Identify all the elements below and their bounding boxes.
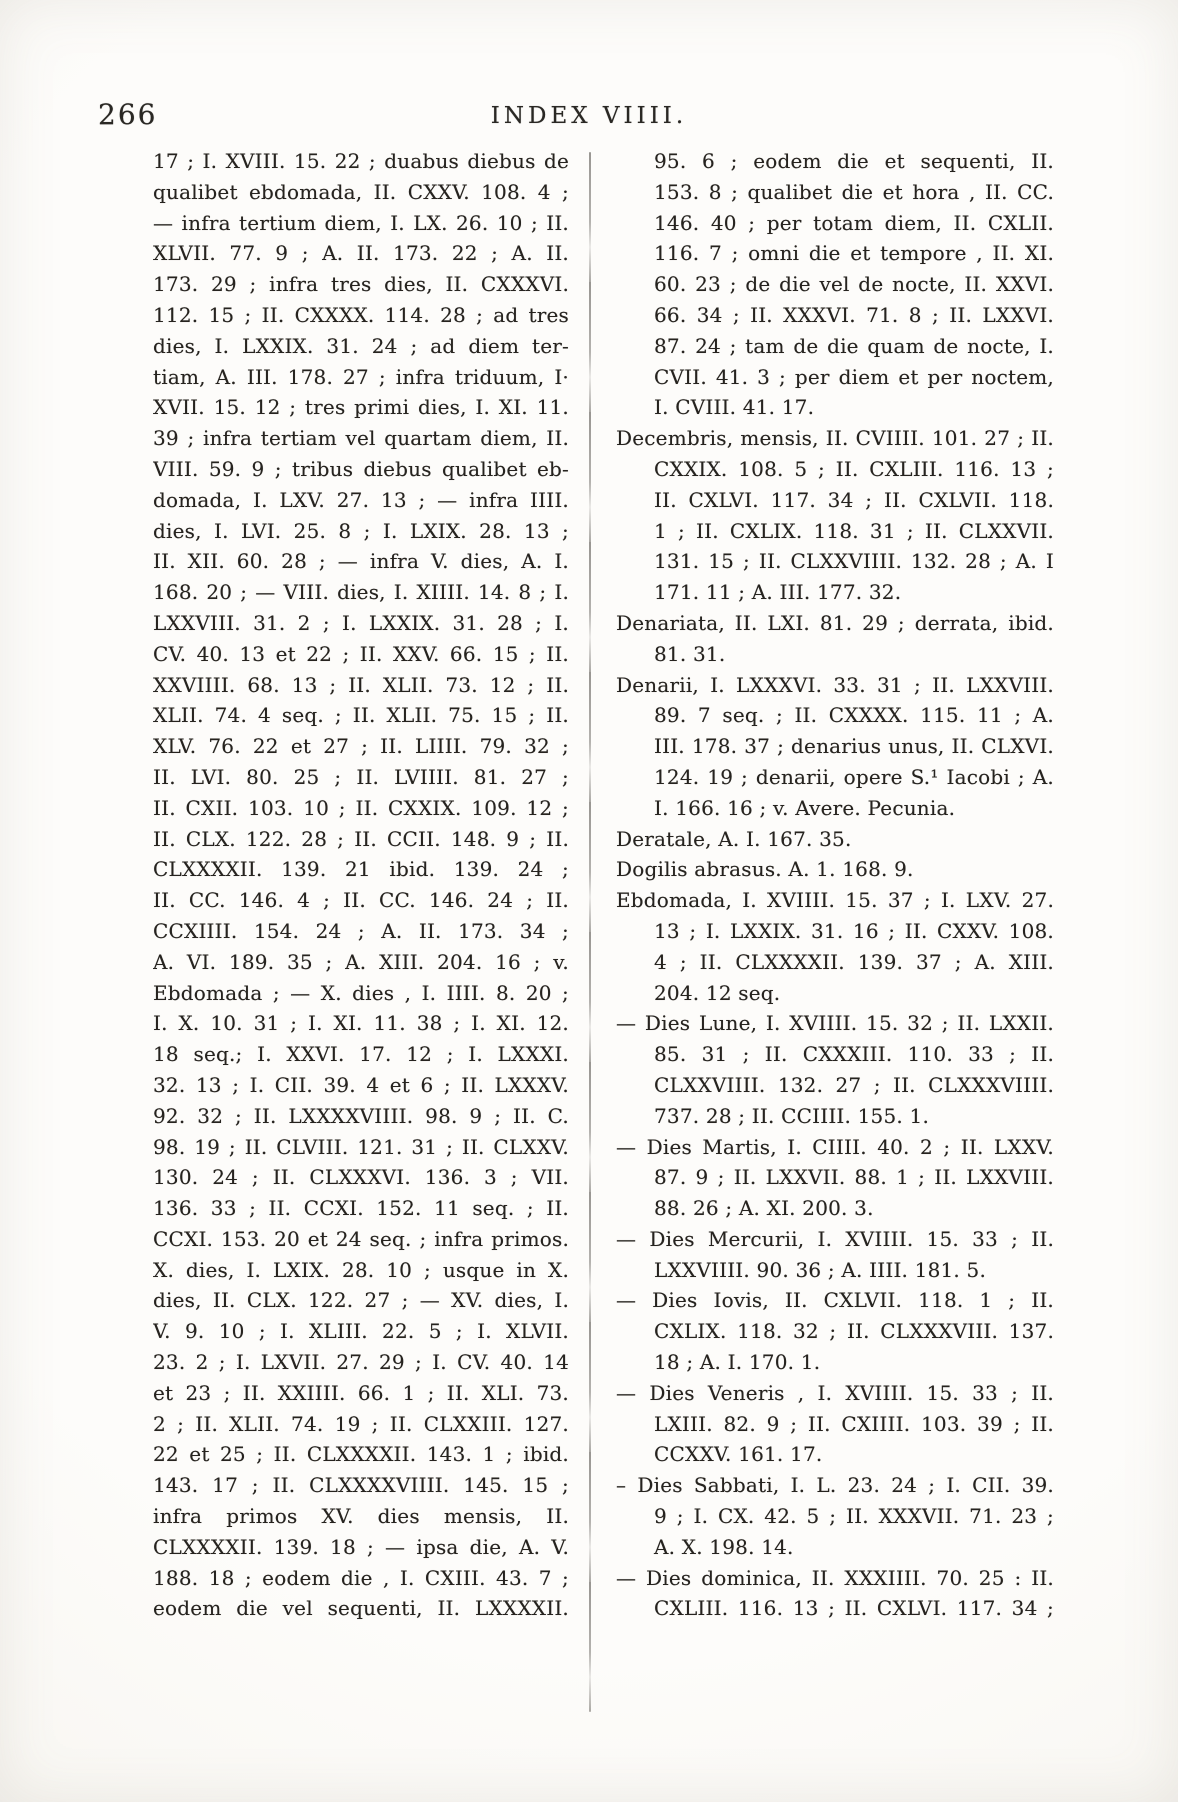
index-line: 18 seq.; I. XXVI. 17. 12 ; I. LXXXI. bbox=[153, 1039, 569, 1070]
index-line: I. 166. 16 ; v. Avere. Pecunia. bbox=[616, 793, 1054, 824]
index-line: 23. 2 ; I. LXVII. 27. 29 ; I. CV. 40. 14 bbox=[153, 1347, 569, 1378]
index-line: 146. 40 ; per totam diem, II. CXLII. bbox=[616, 208, 1054, 239]
index-line: CV. 40. 13 et 22 ; II. XXV. 66. 15 ; II. bbox=[153, 639, 569, 670]
index-line: 124. 19 ; denarii, opere S.¹ Iacobi ; A. bbox=[616, 762, 1054, 793]
index-line: XVII. 15. 12 ; tres primi dies, I. XI. 1… bbox=[153, 392, 569, 423]
index-line: CXXIX. 108. 5 ; II. CXLIII. 116. 13 ; bbox=[616, 454, 1054, 485]
index-line: dies, I. LVI. 25. 8 ; I. LXIX. 28. 13 ; bbox=[153, 516, 569, 547]
index-line: qualibet ebdomada, II. CXXV. 108. 4 ; bbox=[153, 177, 569, 208]
index-line: A. VI. 189. 35 ; A. XIII. 204. 16 ; v. bbox=[153, 947, 569, 978]
index-line: CLXXVIIII. 132. 27 ; II. CLXXXVIIII. bbox=[616, 1070, 1054, 1101]
index-line: — infra tertium diem, I. LX. 26. 10 ; II… bbox=[153, 208, 569, 239]
index-line: et 23 ; II. XXIIII. 66. 1 ; II. XLI. 73. bbox=[153, 1378, 569, 1409]
index-line: 9 ; I. CX. 42. 5 ; II. XXXVII. 71. 23 ; bbox=[616, 1501, 1054, 1532]
index-line: 171. 11 ; A. III. 177. 32. bbox=[616, 577, 1054, 608]
index-line: CCXXV. 161. 17. bbox=[616, 1439, 1054, 1470]
index-line: 188. 18 ; eodem die , I. CXIII. 43. 7 ; bbox=[153, 1563, 569, 1594]
index-line: 737. 28 ; II. CCIIII. 155. 1. bbox=[616, 1101, 1054, 1132]
index-line: domada, I. LXV. 27. 13 ; — infra IIII. bbox=[153, 485, 569, 516]
index-line: CCXI. 153. 20 et 24 seq. ; infra primos. bbox=[153, 1224, 569, 1255]
index-line: 89. 7 seq. ; II. CXXXX. 115. 11 ; A. bbox=[616, 700, 1054, 731]
index-line: — Dies Mercurii, I. XVIIII. 15. 33 ; II. bbox=[616, 1224, 1054, 1255]
index-line: 143. 17 ; II. CLXXXXVIIII. 145. 15 ; bbox=[153, 1470, 569, 1501]
index-line: II. XII. 60. 28 ; — infra V. dies, A. I. bbox=[153, 546, 569, 577]
index-line: infra primos XV. dies mensis, II. bbox=[153, 1501, 569, 1532]
index-line: — Dies Martis, I. CIIII. 40. 2 ; II. LXX… bbox=[616, 1132, 1054, 1163]
index-line: 17 ; I. XVIII. 15. 22 ; duabus diebus de bbox=[153, 146, 569, 177]
index-line: V. 9. 10 ; I. XLIII. 22. 5 ; I. XLVII. bbox=[153, 1316, 569, 1347]
index-line: CCXIIII. 154. 24 ; A. II. 173. 34 ; bbox=[153, 916, 569, 947]
index-line: X. dies, I. LXIX. 28. 10 ; usque in X. bbox=[153, 1255, 569, 1286]
index-line: dies, I. LXXIX. 31. 24 ; ad diem ter- bbox=[153, 331, 569, 362]
index-line: Denarii, I. LXXXVI. 33. 31 ; II. LXXVIII… bbox=[616, 670, 1054, 701]
index-line: CLXXXXII. 139. 18 ; — ipsa die, A. V. bbox=[153, 1532, 569, 1563]
index-line: – Dies Sabbati, I. L. 23. 24 ; I. CII. 3… bbox=[616, 1470, 1054, 1501]
index-line: 88. 26 ; A. XI. 200. 3. bbox=[616, 1193, 1054, 1224]
index-line: 87. 24 ; tam de die quam de nocte, I. bbox=[616, 331, 1054, 362]
index-line: I. CVIII. 41. 17. bbox=[616, 392, 1054, 423]
index-line: 39 ; infra tertiam vel quartam diem, II. bbox=[153, 423, 569, 454]
index-line: 87. 9 ; II. LXXVII. 88. 1 ; II. LXXVIII. bbox=[616, 1162, 1054, 1193]
index-line: dies, II. CLX. 122. 27 ; — XV. dies, I. bbox=[153, 1285, 569, 1316]
index-line: A. X. 198. 14. bbox=[616, 1532, 1054, 1563]
column-left: 17 ; I. XVIII. 15. 22 ; duabus diebus de… bbox=[153, 146, 569, 1624]
index-line: Ebdomada, I. XVIIII. 15. 37 ; I. LXV. 27… bbox=[616, 885, 1054, 916]
index-line: — Dies dominica, II. XXXIIII. 70. 25 : I… bbox=[616, 1563, 1054, 1594]
index-line: — Dies Lune, I. XVIIII. 15. 32 ; II. LXX… bbox=[616, 1008, 1054, 1039]
index-line: 32. 13 ; I. CII. 39. 4 et 6 ; II. LXXXV. bbox=[153, 1070, 569, 1101]
index-line: Decembris, mensis, II. CVIIII. 101. 27 ;… bbox=[616, 423, 1054, 454]
index-line: 60. 23 ; de die vel de nocte, II. XXVI. bbox=[616, 269, 1054, 300]
index-line: I. X. 10. 31 ; I. XI. 11. 38 ; I. XI. 12… bbox=[153, 1008, 569, 1039]
index-line: LXXVIIII. 90. 36 ; A. IIII. 181. 5. bbox=[616, 1255, 1054, 1286]
index-line: 136. 33 ; II. CCXI. 152. 11 seq. ; II. bbox=[153, 1193, 569, 1224]
index-line: Denariata, II. LXI. 81. 29 ; derrata, ib… bbox=[616, 608, 1054, 639]
index-line: III. 178. 37 ; denarius unus, II. CLXVI. bbox=[616, 731, 1054, 762]
index-line: 66. 34 ; II. XXXVI. 71. 8 ; II. LXXVI. bbox=[616, 300, 1054, 331]
index-line: XXVIIII. 68. 13 ; II. XLII. 73. 12 ; II. bbox=[153, 670, 569, 701]
index-line: 1 ; II. CXLIX. 118. 31 ; II. CLXXVII. bbox=[616, 516, 1054, 547]
index-line: 112. 15 ; II. CXXXX. 114. 28 ; ad tres bbox=[153, 300, 569, 331]
index-line: II. CLX. 122. 28 ; II. CCII. 148. 9 ; II… bbox=[153, 824, 569, 855]
index-line: 18 ; A. I. 170. 1. bbox=[616, 1347, 1054, 1378]
index-line: II. CC. 146. 4 ; II. CC. 146. 24 ; II. bbox=[153, 885, 569, 916]
index-line: — Dies Veneris , I. XVIIII. 15. 33 ; II. bbox=[616, 1378, 1054, 1409]
index-line: XLVII. 77. 9 ; A. II. 173. 22 ; A. II. bbox=[153, 238, 569, 269]
index-line: tiam, A. III. 178. 27 ; infra triduum, I… bbox=[153, 362, 569, 393]
column-right: 95. 6 ; eodem die et sequenti, II. CCXI.… bbox=[616, 146, 1054, 1624]
index-line: 92. 32 ; II. LXXXXVIIII. 98. 9 ; II. C. bbox=[153, 1101, 569, 1132]
index-line: CXLIII. 116. 13 ; II. CXLVI. 117. 34 ; bbox=[616, 1593, 1054, 1624]
book-page: 266 INDEX VIIII. 17 ; I. XVIII. 15. 22 ;… bbox=[0, 0, 1178, 1802]
index-line: 153. 8 ; qualibet die et hora , II. CC. bbox=[616, 177, 1054, 208]
index-line: 81. 31. bbox=[616, 639, 1054, 670]
index-line: 2 ; II. XLII. 74. 19 ; II. CLXXIII. 127. bbox=[153, 1409, 569, 1440]
index-line: Dogilis abrasus. A. 1. 168. 9. bbox=[616, 854, 1054, 885]
index-line: 85. 31 ; II. CXXXIII. 110. 33 ; II. bbox=[616, 1039, 1054, 1070]
column-divider bbox=[589, 152, 591, 1712]
index-line: 130. 24 ; II. CLXXXVI. 136. 3 ; VII. bbox=[153, 1162, 569, 1193]
index-line: II. CXII. 103. 10 ; II. CXXIX. 109. 12 ; bbox=[153, 793, 569, 824]
index-line: 116. 7 ; omni die et tempore , II. XI. bbox=[616, 238, 1054, 269]
index-line: XLII. 74. 4 seq. ; II. XLII. 75. 15 ; II… bbox=[153, 700, 569, 731]
index-line: CVII. 41. 3 ; per diem et per noctem, bbox=[616, 362, 1054, 393]
index-line: Deratale, A. I. 167. 35. bbox=[616, 824, 1054, 855]
index-line: 13 ; I. LXXIX. 31. 16 ; II. CXXV. 108. bbox=[616, 916, 1054, 947]
index-line: CXLIX. 118. 32 ; II. CLXXXVIII. 137. bbox=[616, 1316, 1054, 1347]
index-line: LXXVIII. 31. 2 ; I. LXXIX. 31. 28 ; I. bbox=[153, 608, 569, 639]
index-line: CLXXXXII. 139. 21 ibid. 139. 24 ; bbox=[153, 854, 569, 885]
index-line: 204. 12 seq. bbox=[616, 978, 1054, 1009]
index-line: 131. 15 ; II. CLXXVIIII. 132. 28 ; A. I bbox=[616, 546, 1054, 577]
page-header-title: INDEX VIIII. bbox=[0, 103, 1178, 129]
index-line: II. CXLVI. 117. 34 ; II. CXLVII. 118. bbox=[616, 485, 1054, 516]
index-line: VIII. 59. 9 ; tribus diebus qualibet eb- bbox=[153, 454, 569, 485]
index-line: 98. 19 ; II. CLVIII. 121. 31 ; II. CLXXV… bbox=[153, 1132, 569, 1163]
index-line: LXIII. 82. 9 ; II. CXIIII. 103. 39 ; II. bbox=[616, 1409, 1054, 1440]
index-line: Ebdomada ; — X. dies , I. IIII. 8. 20 ; bbox=[153, 978, 569, 1009]
index-line: eodem die vel sequenti, II. LXXXXII. bbox=[153, 1593, 569, 1624]
index-line: II. LVI. 80. 25 ; II. LVIIII. 81. 27 ; bbox=[153, 762, 569, 793]
index-line: 95. 6 ; eodem die et sequenti, II. CCXI. bbox=[616, 146, 1054, 177]
index-line: 4 ; II. CLXXXXII. 139. 37 ; A. XIII. bbox=[616, 947, 1054, 978]
index-line: 168. 20 ; — VIII. dies, I. XIIII. 14. 8 … bbox=[153, 577, 569, 608]
index-line: XLV. 76. 22 et 27 ; II. LIIII. 79. 32 ; bbox=[153, 731, 569, 762]
index-line: 22 et 25 ; II. CLXXXXII. 143. 1 ; ibid. bbox=[153, 1439, 569, 1470]
index-line: 173. 29 ; infra tres dies, II. CXXXVI. bbox=[153, 269, 569, 300]
index-line: — Dies Iovis, II. CXLVII. 118. 1 ; II. bbox=[616, 1285, 1054, 1316]
